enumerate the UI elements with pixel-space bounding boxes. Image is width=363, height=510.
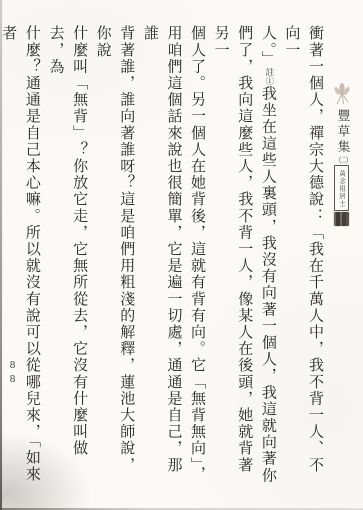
text-column: 個人了。另一個人在她背後，這就有背有向。它「無背無向」，	[185, 25, 209, 489]
lotus-seal-icon	[333, 82, 351, 106]
text-column: 衝著一個人，禪宗大德說：「我在千萬人中，我不背一人、不向一	[280, 25, 327, 489]
author-label-box: 黃念祖居士	[334, 165, 349, 211]
book-title: 豐草集(二)	[334, 109, 352, 164]
text-column: 人。」註①我坐在這些人裏頭，我沒有向著一個人，我這就向著你	[256, 25, 280, 489]
volume-stamp	[334, 212, 349, 226]
book-title-text: 豐草集	[336, 109, 351, 156]
text-column: 什麼叫「無背」？你放它走，它無所從去，它沒有什麼叫做去，為	[44, 25, 91, 489]
text-run: 人。」	[260, 25, 278, 67]
text-column: 背著誰，誰向著誰呀？這是咱們用粗淺的解釋，蓮池大師說，你說	[91, 25, 138, 489]
book-volume-label: (二)	[339, 156, 348, 164]
page-number: 88	[7, 360, 18, 388]
text-column: 用咱們這個話來說也很簡單，它是遍一切處，通通是自己，那誰	[138, 25, 185, 489]
footnote-marker: 註①	[264, 67, 274, 85]
text-run: 我坐在這些人裏頭，我沒有向著一個人，我這就向著你	[260, 85, 278, 483]
text-column: 什麼？通通是自己本心嘛。所以就沒有說可以從哪兒來，「如來者	[0, 25, 44, 489]
author-label: 黃念祖居士	[338, 170, 346, 208]
book-page: 豐草集(二) 黃念祖居士 衝著一個人，禪宗大德說：「我在千萬人中，我不背一人、不…	[0, 0, 363, 510]
text-column: 們了，我向這麼些人，我不背一人，像某人在後頭，她就背著另一	[209, 25, 256, 489]
main-text-block: 衝著一個人，禪宗大德說：「我在千萬人中，我不背一人、不向一 人。」註①我坐在這些…	[43, 25, 327, 489]
